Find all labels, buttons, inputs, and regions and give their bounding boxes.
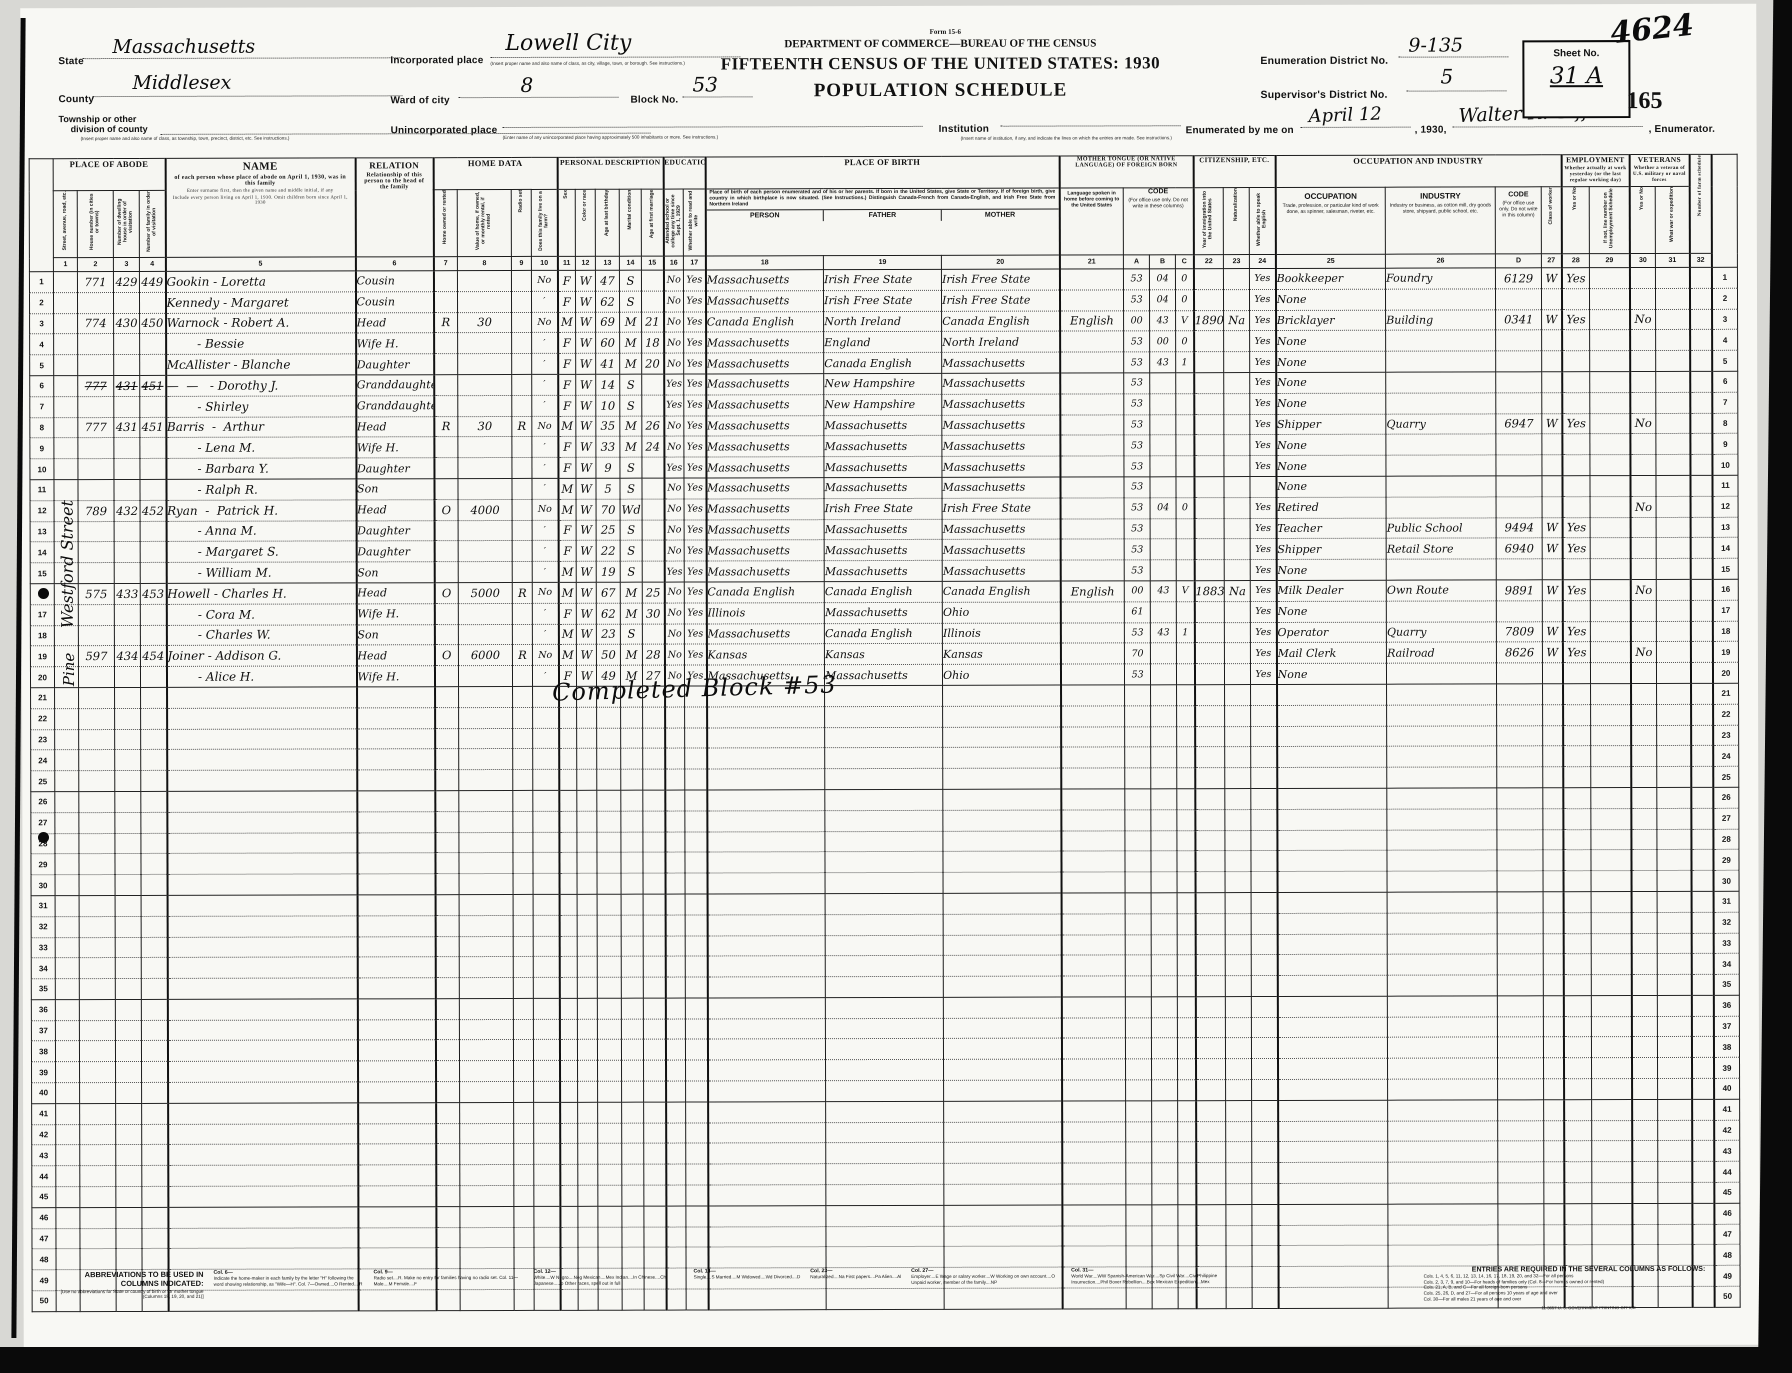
cell-house	[78, 334, 114, 355]
cell-uline	[1590, 559, 1630, 580]
cell-radio	[513, 832, 533, 853]
column-number: 24	[1250, 254, 1276, 268]
cell-own	[435, 749, 459, 770]
cell-occ	[1278, 1121, 1388, 1142]
cell-imm	[1196, 1080, 1226, 1101]
cell-dwelling: 430	[114, 313, 140, 334]
line-number-left: 12	[30, 500, 54, 521]
cell-cC	[1176, 539, 1194, 560]
cell-fsched	[1690, 579, 1712, 600]
cell-fsched	[1691, 829, 1713, 850]
cell-radio	[512, 499, 532, 520]
cell-read: Yes	[684, 499, 706, 520]
cell-sex: M	[558, 624, 576, 645]
cell-occ	[1277, 726, 1387, 747]
cell-read: Yes	[684, 395, 706, 416]
cell-tongue	[1061, 851, 1125, 872]
cell-occ	[1278, 1079, 1388, 1100]
cell-eng: Yes	[1250, 456, 1276, 477]
cell-tongue	[1060, 290, 1124, 311]
cell-vet: No	[1630, 413, 1656, 434]
cell-radio	[512, 541, 532, 562]
cell-vet	[1631, 871, 1657, 892]
cell-nat	[1224, 393, 1250, 414]
cell-pob	[707, 810, 825, 831]
cell-own	[434, 437, 458, 458]
line-number-right: 48	[1714, 1245, 1740, 1266]
cell-occ: None	[1276, 455, 1386, 476]
col13-age-header: Age at last birthday	[595, 189, 619, 256]
cell-own	[434, 333, 458, 354]
cell-race	[577, 977, 597, 998]
cell-age: 60	[596, 333, 620, 354]
cell-marital: Wd	[620, 499, 642, 520]
cell-cB	[1151, 789, 1177, 810]
cell-cls	[1544, 1245, 1564, 1266]
cell-read	[686, 1185, 708, 1206]
cell-radio	[512, 603, 532, 624]
cell-relation	[358, 1207, 436, 1228]
cell-eng	[1251, 747, 1277, 768]
legend-block: Col. 14—Single....S Married....M Widowed…	[694, 1268, 801, 1286]
cell-work	[1564, 1204, 1592, 1225]
ward-line	[458, 83, 618, 98]
cell-nat	[1226, 1204, 1252, 1225]
street-name-vertical-2: Pine	[60, 576, 78, 686]
cell-name: - Shirley	[166, 396, 356, 417]
cell-dwelling	[114, 355, 140, 376]
cell-cB	[1152, 1121, 1178, 1142]
cell-age_married	[642, 478, 664, 499]
line-number-right: 10	[1712, 454, 1738, 475]
cell-age_married	[643, 811, 665, 832]
cell-farm	[533, 977, 559, 998]
scan-edge-right	[1758, 0, 1792, 1373]
cell-relation	[357, 978, 435, 999]
cell-imm	[1196, 1246, 1226, 1267]
cell-house	[79, 854, 115, 875]
cell-read: Yes	[684, 312, 706, 333]
cell-age: 10	[596, 395, 620, 416]
cell-farm: ′	[532, 624, 558, 645]
sd-label: Supervisor's District No.	[1260, 89, 1387, 101]
cell-family	[141, 978, 167, 999]
cell-imm	[1194, 539, 1224, 560]
cell-read	[686, 1164, 708, 1185]
cell-work	[1564, 1100, 1592, 1121]
cell-fsched	[1692, 1099, 1714, 1120]
line-number-right: 41	[1714, 1099, 1740, 1120]
cell-work	[1562, 455, 1590, 476]
cell-fsched	[1692, 1120, 1714, 1141]
cell-house	[79, 791, 115, 812]
cell-pob_mo	[944, 1122, 1062, 1143]
population-schedule-grid: PLACE OF ABODE NAME of each person whose…	[29, 154, 1741, 1312]
cell-ind	[1386, 559, 1496, 580]
cell-imm	[1194, 497, 1224, 518]
cell-value: 5000	[458, 582, 512, 603]
cell-uline	[1590, 268, 1630, 289]
cell-relation	[358, 1144, 436, 1165]
cell-cC	[1177, 664, 1195, 685]
cell-family	[141, 812, 167, 833]
cell-cls	[1543, 996, 1563, 1017]
cell-eng	[1252, 1184, 1278, 1205]
cell-race: W	[576, 541, 596, 562]
cell-age_married	[642, 561, 664, 582]
cell-name	[167, 812, 357, 833]
cell-nat	[1226, 1246, 1252, 1267]
cell-value	[459, 915, 513, 936]
cell-cD	[1497, 705, 1543, 726]
cell-eng: Yes	[1250, 414, 1276, 435]
cell-pob	[708, 1185, 826, 1206]
cell-cls	[1543, 663, 1563, 684]
cell-cC	[1177, 726, 1195, 747]
cell-age: 62	[596, 291, 620, 312]
cell-uline	[1591, 954, 1631, 975]
line-number-right: 20	[1713, 662, 1739, 683]
cell-radio	[513, 728, 533, 749]
cell-pob_mo	[944, 1080, 1062, 1101]
cell-cA	[1125, 955, 1151, 976]
cell-marital	[622, 1248, 644, 1269]
cell-pob_mo	[943, 768, 1061, 789]
cell-own	[435, 978, 459, 999]
cell-house	[79, 895, 115, 916]
cell-relation	[357, 874, 435, 895]
line-number-left: 45	[32, 1187, 56, 1208]
cell-radio: R	[512, 645, 532, 666]
cell-pob_mo	[943, 789, 1061, 810]
cell-school	[666, 1185, 686, 1206]
ed-label: Enumeration District No.	[1260, 55, 1388, 67]
cell-street	[56, 1103, 80, 1124]
cell-imm	[1194, 269, 1224, 290]
cell-marital: S	[620, 395, 642, 416]
cell-radio	[513, 749, 533, 770]
line-number-right: 3	[1712, 309, 1738, 330]
cell-cD: 6940	[1496, 538, 1542, 559]
cell-read: Yes	[684, 436, 706, 457]
cell-tongue	[1060, 456, 1124, 477]
cell-cA	[1125, 914, 1151, 935]
cell-race: W	[576, 333, 596, 354]
cell-sex	[560, 1227, 578, 1248]
cell-pob_mo: Massachusetts	[942, 373, 1060, 394]
cell-own	[433, 271, 457, 292]
cell-school: Yes	[664, 561, 684, 582]
cell-cA	[1126, 1059, 1152, 1080]
cell-cB	[1150, 560, 1176, 581]
cell-name: - Barbara Y.	[166, 458, 356, 479]
cell-race	[578, 1185, 598, 1206]
cell-occ	[1277, 934, 1387, 955]
cell-pob	[708, 1226, 826, 1247]
cell-pob_mo	[943, 976, 1061, 997]
cell-cD	[1498, 1224, 1544, 1245]
cell-name: Howell - Charles H.	[166, 583, 356, 604]
cell-dwelling	[115, 854, 141, 875]
cell-school	[666, 1060, 686, 1081]
column-number: 7	[433, 257, 457, 271]
cell-cA: 00	[1124, 310, 1150, 331]
cell-name: McAllister - Blanche	[166, 354, 356, 375]
col25-occupation-header: OCCUPATION Trade, profession, or particu…	[1275, 187, 1385, 254]
cell-work	[1564, 1141, 1592, 1162]
cell-uline	[1590, 600, 1630, 621]
cell-cD	[1497, 954, 1543, 975]
cell-age_married	[642, 520, 664, 541]
cell-eng	[1252, 1246, 1278, 1267]
cell-age: 22	[596, 541, 620, 562]
cell-imm	[1194, 601, 1224, 622]
column-number: 3	[113, 257, 139, 271]
cell-dwelling	[114, 334, 140, 355]
cell-nat	[1226, 1163, 1252, 1184]
cell-occ: None	[1276, 351, 1386, 372]
cell-pob_mo: Ohio	[942, 602, 1060, 623]
cell-farm: ′	[532, 603, 558, 624]
cell-vet: No	[1630, 309, 1656, 330]
cell-work	[1564, 1120, 1592, 1141]
cell-sex: F	[558, 520, 576, 541]
cell-ind	[1388, 1100, 1498, 1121]
cell-school: No	[664, 603, 684, 624]
cell-war	[1657, 642, 1691, 663]
cell-war	[1656, 351, 1690, 372]
cell-eng: Yes	[1251, 643, 1277, 664]
cell-cC	[1176, 560, 1194, 581]
cell-age_married: 26	[642, 416, 664, 437]
cell-farm: ′	[532, 354, 558, 375]
cell-cA	[1125, 810, 1151, 831]
cell-radio	[512, 291, 532, 312]
cell-pob_mo	[943, 997, 1061, 1018]
cell-own	[435, 770, 459, 791]
cell-value	[458, 603, 512, 624]
cell-family	[141, 999, 167, 1020]
cell-eng: Yes	[1250, 268, 1276, 289]
cell-fsched	[1692, 1245, 1714, 1266]
cell-own	[436, 1061, 460, 1082]
cell-age_married	[644, 1248, 666, 1269]
cell-sex	[559, 790, 577, 811]
cell-dwelling	[115, 958, 141, 979]
cell-fsched	[1692, 1016, 1714, 1037]
cell-work	[1564, 1183, 1592, 1204]
cell-uline	[1591, 871, 1631, 892]
cell-cA	[1126, 1038, 1152, 1059]
cell-cA	[1125, 872, 1151, 893]
cell-sex	[559, 749, 577, 770]
line-number-left: 5	[30, 355, 54, 376]
cell-sex: M	[558, 561, 576, 582]
line-number-left: 47	[32, 1228, 56, 1249]
cell-name: Warnock - Robert A.	[166, 312, 356, 333]
line-number-right: 37	[1714, 1016, 1740, 1037]
cell-ind: Building	[1386, 310, 1496, 331]
column-number: D	[1496, 254, 1542, 268]
cell-cA	[1126, 1080, 1152, 1101]
cell-pob_fa	[825, 748, 943, 769]
cell-cB	[1151, 955, 1177, 976]
line-number-left: 13	[30, 521, 54, 542]
cell-cA	[1125, 934, 1151, 955]
cell-pob: Canada English	[706, 582, 824, 603]
cell-pob_fa: Canada English	[824, 353, 942, 374]
cell-fsched	[1690, 496, 1712, 517]
line-number-left: 40	[32, 1083, 56, 1104]
col27-class-of-worker-header: Class of worker	[1541, 187, 1561, 254]
cell-own	[434, 395, 458, 416]
column-number: 17	[683, 256, 705, 270]
cell-dwelling	[115, 1020, 141, 1041]
column-number: 21	[1060, 255, 1124, 269]
cell-nat	[1225, 892, 1251, 913]
cell-marital	[622, 1164, 644, 1185]
cell-pob_mo	[943, 810, 1061, 831]
cell-race	[577, 894, 597, 915]
column-number: 18	[706, 256, 824, 270]
cell-name: - Cora M.	[166, 604, 356, 625]
cell-nat	[1224, 518, 1250, 539]
cell-cA	[1125, 789, 1151, 810]
cell-value	[458, 458, 512, 479]
cell-age	[598, 1164, 622, 1185]
cell-vet	[1632, 1120, 1658, 1141]
sheet-value: 31 A	[1524, 63, 1628, 89]
cell-own	[435, 1019, 459, 1040]
cell-own	[436, 1123, 460, 1144]
cell-marital	[621, 998, 643, 1019]
cell-cB	[1151, 934, 1177, 955]
cell-pob_mo	[943, 747, 1061, 768]
cell-tongue	[1061, 934, 1125, 955]
cell-ind: Retail Store	[1386, 538, 1496, 559]
cell-war	[1657, 621, 1691, 642]
cell-cC	[1178, 1101, 1196, 1122]
cell-cD: 9891	[1496, 580, 1542, 601]
cell-cB	[1152, 1225, 1178, 1246]
cell-pob_mo	[943, 893, 1061, 914]
cell-tongue	[1062, 1080, 1126, 1101]
cell-vet	[1631, 954, 1657, 975]
cell-relation	[357, 895, 435, 916]
cell-war	[1657, 704, 1691, 725]
cell-marital: S	[620, 520, 642, 541]
cell-age	[598, 1144, 622, 1165]
cell-war	[1658, 1078, 1692, 1099]
cell-race	[578, 1123, 598, 1144]
cell-cC: V	[1176, 581, 1194, 602]
cell-race: W	[576, 312, 596, 333]
cell-cA	[1125, 726, 1151, 747]
cell-read: Yes	[684, 291, 706, 312]
cell-radio	[514, 1206, 534, 1227]
cell-name	[167, 791, 357, 812]
cell-race	[578, 1102, 598, 1123]
cell-fsched	[1691, 912, 1713, 933]
cell-house	[80, 1124, 116, 1145]
cell-radio	[512, 354, 532, 375]
cell-pob	[707, 998, 825, 1019]
cell-tongue	[1061, 685, 1125, 706]
cell-war	[1658, 1203, 1692, 1224]
cell-age_married	[641, 270, 663, 291]
cell-pob_fa	[826, 1039, 944, 1060]
cell-cD	[1497, 725, 1543, 746]
cell-tongue	[1060, 373, 1124, 394]
line-number-left: 17	[30, 604, 54, 625]
cell-vet	[1631, 808, 1657, 829]
column-number: 29	[1590, 254, 1630, 268]
cell-war	[1658, 1182, 1692, 1203]
enumerated-date: April 12	[1308, 103, 1382, 127]
cell-dwelling	[116, 1062, 142, 1083]
cell-school	[665, 956, 685, 977]
cell-family	[140, 625, 166, 646]
cell-occ	[1277, 913, 1387, 934]
cell-eng	[1252, 1225, 1278, 1246]
cell-cC	[1178, 1163, 1196, 1184]
cell-pob_fa	[826, 1247, 944, 1268]
col2-house-number-header: House number (in cities or towns)	[77, 191, 113, 258]
cell-marital: S	[620, 624, 642, 645]
cell-pob_fa: Irish Free State	[824, 269, 942, 290]
cell-pob_fa: Massachusetts	[824, 519, 942, 540]
cell-school	[665, 936, 685, 957]
cell-cC	[1178, 1080, 1196, 1101]
cell-vet	[1630, 538, 1656, 559]
cell-cls	[1543, 767, 1563, 788]
cell-pob_fa	[825, 768, 943, 789]
cell-vet	[1630, 371, 1656, 392]
line-number-right: 32	[1713, 912, 1739, 933]
cell-school	[665, 852, 685, 873]
cell-pob_mo	[943, 872, 1061, 893]
cell-pob_fa	[826, 1184, 944, 1205]
cell-cC	[1177, 809, 1195, 830]
cell-marital	[621, 894, 643, 915]
cell-cls	[1544, 1120, 1564, 1141]
cell-cls	[1543, 746, 1563, 767]
cell-own	[435, 707, 459, 728]
line-number-right: 9	[1712, 434, 1738, 455]
cell-pob_mo: North Ireland	[942, 331, 1060, 352]
cell-own	[436, 1206, 460, 1227]
column-number: 14	[619, 256, 641, 270]
schedule-title: POPULATION SCHEDULE	[660, 79, 1220, 102]
cell-sex	[559, 707, 577, 728]
cell-war	[1657, 829, 1691, 850]
cell-name: - Bessie	[166, 333, 356, 354]
cell-farm	[533, 707, 559, 728]
cell-tongue	[1061, 914, 1125, 935]
cell-pob_mo	[943, 727, 1061, 748]
cell-vet	[1632, 995, 1658, 1016]
cell-cls	[1542, 330, 1562, 351]
cell-cB	[1152, 1163, 1178, 1184]
cell-ind	[1387, 996, 1497, 1017]
cell-street	[55, 979, 79, 1000]
cell-value	[459, 811, 513, 832]
line-number-right: 21	[1713, 683, 1739, 704]
cell-imm	[1194, 560, 1224, 581]
cell-house: 774	[78, 313, 114, 334]
cell-read	[685, 728, 707, 749]
cell-eng	[1252, 1204, 1278, 1225]
